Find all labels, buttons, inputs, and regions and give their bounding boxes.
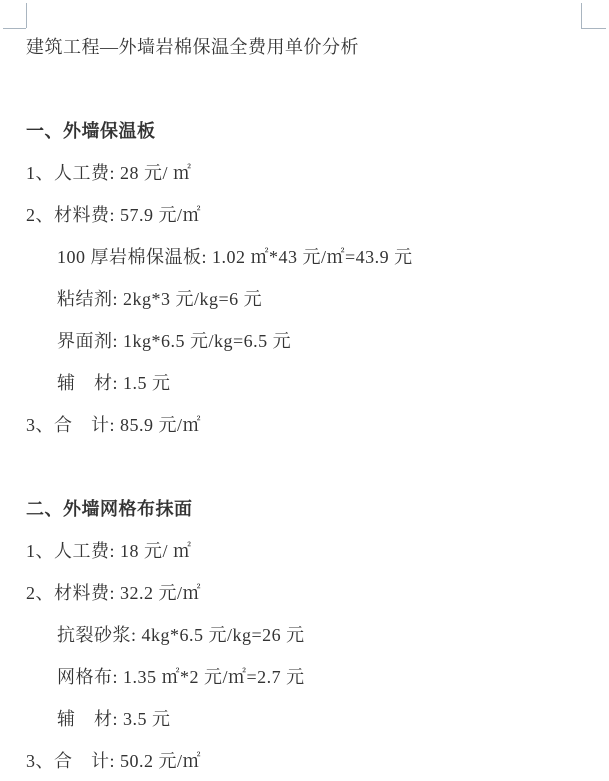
section-1-total-line: 3、合 计: 85.9 元/㎡ [26, 404, 599, 446]
section-1-material-cost-line: 2、材料费: 57.9 元/㎡ [26, 194, 599, 236]
document-page: { "doc": { "title": "建筑工程—外墙岩棉保温全费用单价分析"… [0, 0, 609, 781]
document-title: 建筑工程—外墙岩棉保温全费用单价分析 [26, 26, 599, 68]
section-1-labor-cost-line: 1、人工费: 28 元/ ㎡ [26, 152, 599, 194]
section-2-total-line: 3、合 计: 50.2 元/㎡ [26, 740, 599, 781]
section-2-item-mesh-cloth-line: 网格布: 1.35 ㎡*2 元/㎡=2.7 元 [26, 656, 599, 698]
section-2-heading: 二、外墙网格布抹面 [26, 488, 599, 530]
section-2-item-crack-mortar-line: 抗裂砂浆: 4kg*6.5 元/kg=26 元 [26, 614, 599, 656]
section-1-item-rockwool-board-line: 100 厚岩棉保温板: 1.02 ㎡*43 元/㎡=43.9 元 [26, 236, 599, 278]
section-1-item-adhesive-line: 粘结剂: 2kg*3 元/kg=6 元 [26, 278, 599, 320]
document-content: 建筑工程—外墙岩棉保温全费用单价分析 一、外墙保温板 1、人工费: 28 元/ … [26, 26, 599, 781]
section-2-material-cost-line: 2、材料费: 32.2 元/㎡ [26, 572, 599, 614]
section-1-heading: 一、外墙保温板 [26, 110, 599, 152]
section-1-item-interface-agent-line: 界面剂: 1kg*6.5 元/kg=6.5 元 [26, 320, 599, 362]
top-left-margin-mark-vertical [26, 3, 27, 28]
top-right-margin-mark-vertical [581, 3, 582, 28]
top-left-margin-mark-horizontal [3, 28, 26, 29]
blank-line [26, 446, 599, 488]
section-2-item-auxiliary-line: 辅 材: 3.5 元 [26, 698, 599, 740]
section-2-labor-cost-line: 1、人工费: 18 元/ ㎡ [26, 530, 599, 572]
section-1-item-auxiliary-line: 辅 材: 1.5 元 [26, 362, 599, 404]
blank-line [26, 68, 599, 110]
